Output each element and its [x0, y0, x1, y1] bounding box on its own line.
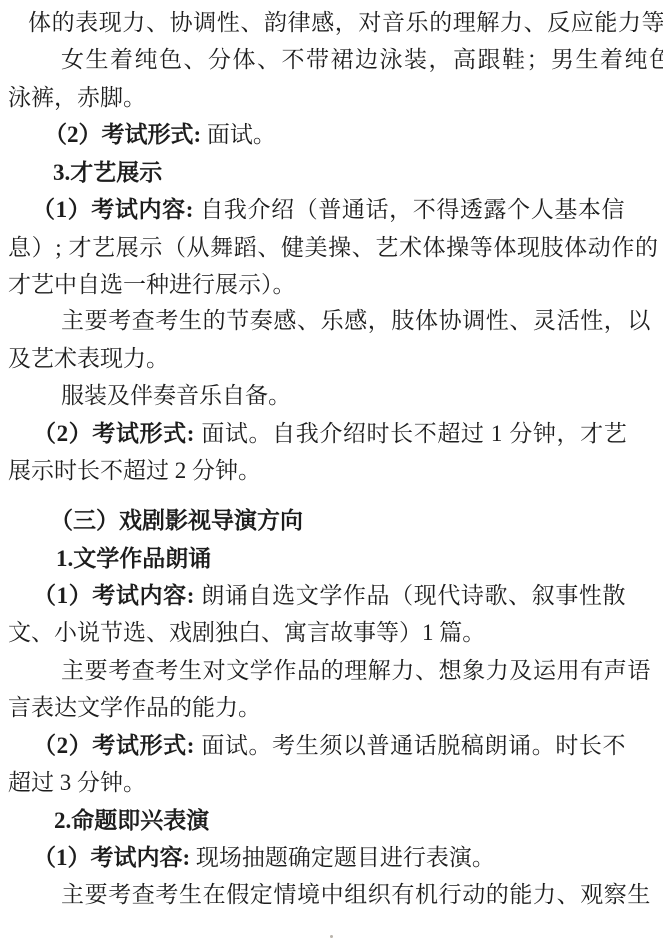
line-bold-label: 1.文学作品朗诵 [56, 546, 211, 571]
paragraph-line: 息）; 才艺展示（从舞蹈、健美操、艺术体操等体现肢体动作的 [8, 233, 659, 263]
page-speck-artifact [330, 935, 333, 938]
line-text: 超过 3 分钟。 [8, 770, 146, 795]
line-text: 泳裤，赤脚。 [8, 85, 146, 110]
paragraph-line: 主要考查考生的节奏感、乐感，肢体协调性、灵活性，以 [61, 306, 651, 336]
document-page: 体的表现力、协调性、韵律感，对音乐的理解力、反应能力等。 女生着纯色、分体、不带… [0, 0, 663, 945]
heading-talent-show: 3.才艺展示 [53, 158, 162, 188]
exam-content-line: （1）考试内容: 自我介绍（普通话，不得透露个人基本信 [32, 195, 625, 225]
line-text: 面试。 [201, 122, 276, 147]
line-text: 面试。自我介绍时长不超过 1 分钟，才艺 [195, 421, 627, 446]
exam-format-line: （2）考试形式: 面试。 [44, 120, 276, 150]
line-text: 现场抽题确定题目进行表演。 [190, 845, 495, 870]
paragraph-line: 展示时长不超过 2 分钟。 [8, 456, 261, 486]
line-text: 朗诵自选文学作品（现代诗歌、叙事性散 [195, 583, 626, 608]
line-text: 主要考查考生在假定情境中组织有机行动的能力、观察生 [61, 882, 651, 907]
paragraph-line: 泳裤，赤脚。 [8, 83, 146, 113]
line-bold-label: （1）考试内容: [33, 583, 195, 608]
line-text: 主要考查考生的节奏感、乐感，肢体协调性、灵活性，以 [61, 308, 651, 333]
paragraph-line: 文、小说节选、戏剧独白、寓言故事等）1 篇。 [8, 618, 485, 648]
paragraph-line: 超过 3 分钟。 [8, 768, 146, 798]
line-bold-label: （三）戏剧影视导演方向 [50, 508, 303, 533]
paragraph-line: 服装及伴奏音乐自备。 [61, 381, 291, 411]
heading-drama-film-directing: （三）戏剧影视导演方向 [50, 506, 303, 536]
line-text: 才艺中自选一种进行展示）。 [8, 272, 296, 297]
line-bold-label: 2.命题即兴表演 [54, 808, 209, 833]
paragraph-line: 主要考查考生在假定情境中组织有机行动的能力、观察生 [61, 880, 651, 910]
line-text: 女生着纯色、分体、不带裙边泳装，高跟鞋；男生着纯色 [61, 47, 663, 72]
line-bold-label: （2）考试形式: [33, 733, 195, 758]
paragraph-line: 及艺术表现力。 [8, 344, 169, 374]
exam-content-line: （1）考试内容: 现场抽题确定题目进行表演。 [33, 843, 495, 873]
line-text: 言表达文学作品的能力。 [8, 695, 261, 720]
paragraph-line: 体的表现力、协调性、韵律感，对音乐的理解力、反应能力等。 [28, 8, 663, 38]
line-bold-label: （1）考试内容: [33, 845, 190, 870]
line-text: 面试。考生须以普通话脱稿朗诵。时长不 [195, 733, 626, 758]
line-text: 息）; 才艺展示（从舞蹈、健美操、艺术体操等体现肢体动作的 [8, 235, 659, 260]
heading-literary-recitation: 1.文学作品朗诵 [56, 544, 211, 574]
line-text: 服装及伴奏音乐自备。 [61, 383, 291, 408]
exam-format-line: （2）考试形式: 面试。考生须以普通话脱稿朗诵。时长不 [33, 731, 626, 761]
line-text: 文、小说节选、戏剧独白、寓言故事等）1 篇。 [8, 620, 485, 645]
line-text: 展示时长不超过 2 分钟。 [8, 458, 261, 483]
line-text: 体的表现力、协调性、韵律感，对音乐的理解力、反应能力等。 [28, 10, 663, 35]
line-bold-label: 3.才艺展示 [53, 160, 162, 185]
exam-format-line: （2）考试形式: 面试。自我介绍时长不超过 1 分钟，才艺 [33, 419, 627, 449]
line-bold-label: （2）考试形式: [33, 421, 195, 446]
paragraph-line: 女生着纯色、分体、不带裙边泳装，高跟鞋；男生着纯色 [61, 45, 663, 75]
line-bold-label: （2）考试形式: [44, 122, 201, 147]
heading-improvised-performance: 2.命题即兴表演 [54, 806, 209, 836]
line-text: 自我介绍（普通话，不得透露个人基本信 [194, 197, 625, 222]
line-text: 主要考查考生对文学作品的理解力、想象力及运用有声语 [61, 658, 651, 683]
exam-content-line: （1）考试内容: 朗诵自选文学作品（现代诗歌、叙事性散 [33, 581, 626, 611]
line-bold-label: （1）考试内容: [32, 197, 194, 222]
paragraph-line: 主要考查考生对文学作品的理解力、想象力及运用有声语 [61, 656, 651, 686]
line-text: 及艺术表现力。 [8, 346, 169, 371]
paragraph-line: 言表达文学作品的能力。 [8, 693, 261, 723]
paragraph-line: 才艺中自选一种进行展示）。 [8, 270, 296, 300]
